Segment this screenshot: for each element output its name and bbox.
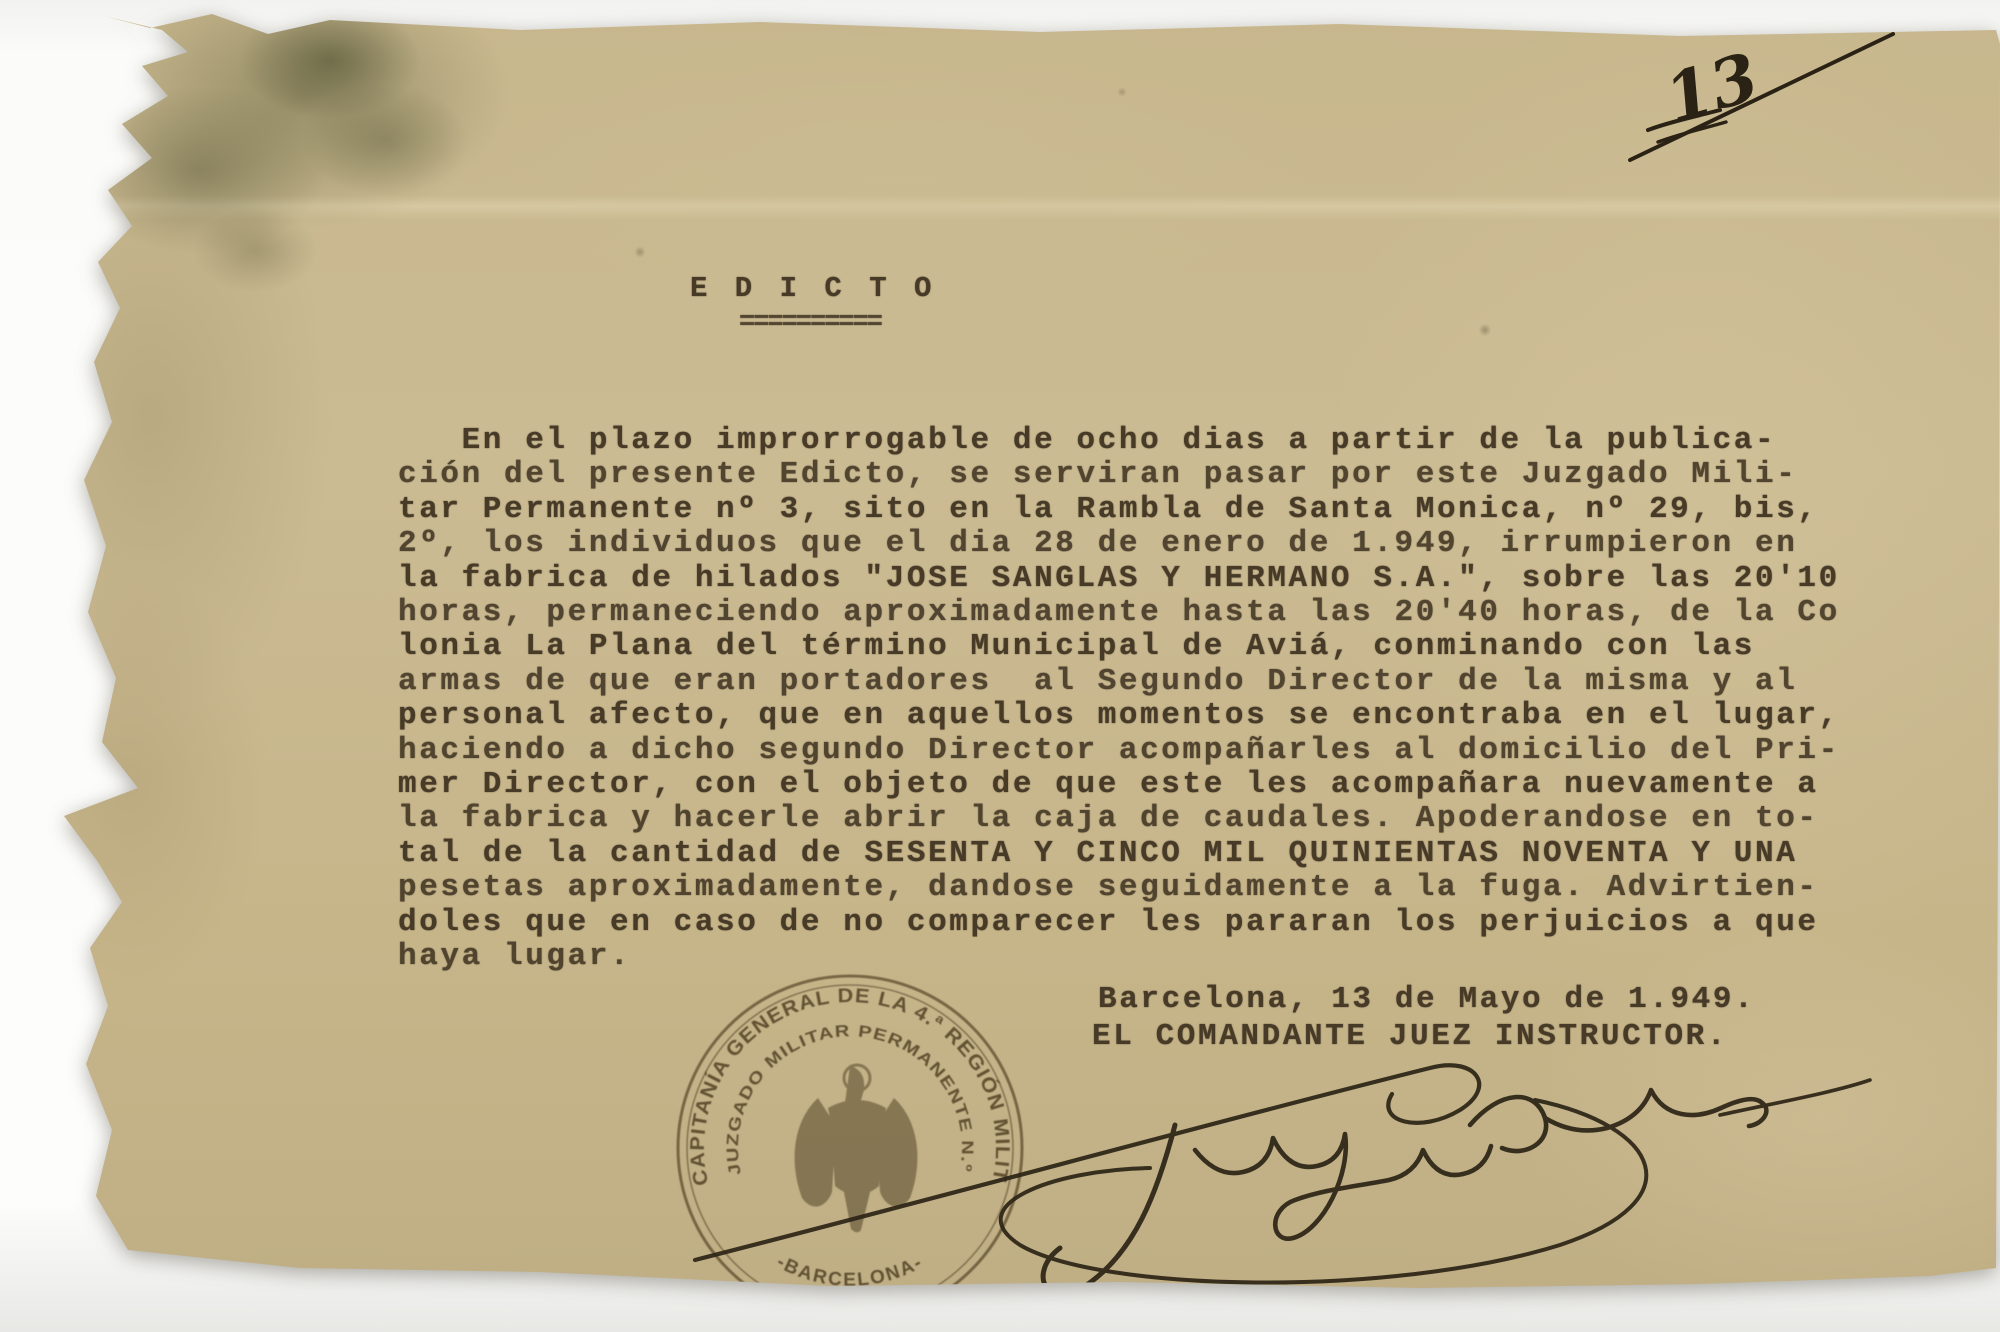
dateline: Barcelona, 13 de Mayo de 1.949. bbox=[1098, 982, 1755, 1017]
body-line: mer Director, con el objeto de que este … bbox=[398, 768, 1840, 802]
body-line: doles que en caso de no comparecer les p… bbox=[398, 906, 1840, 940]
page-number-text: 13 bbox=[1657, 38, 1767, 138]
body-line: personal afecto, que en aquellos momento… bbox=[398, 699, 1840, 733]
signature: Gregorio Gracia bbox=[630, 1030, 1930, 1330]
body-line: horas, permaneciendo aproximadamente has… bbox=[398, 596, 1840, 630]
body-line: tar Permanente nº 3, sito en la Rambla d… bbox=[398, 493, 1840, 527]
title-underline: ========== bbox=[690, 308, 930, 338]
body-line: En el plazo improrrogable de ocho dias a… bbox=[398, 424, 1840, 458]
body-line: la fabrica de hilados "JOSE SANGLAS Y HE… bbox=[398, 562, 1840, 596]
body-line: haya lugar. bbox=[398, 940, 1840, 974]
signature-stroke bbox=[1195, 1134, 1491, 1239]
scan-background: 13 E D I C T O ========== En el plazo im… bbox=[0, 0, 2000, 1332]
body-line: lonia La Plana del término Municipal de … bbox=[398, 630, 1840, 664]
body-line: haciendo a dicho segundo Director acompa… bbox=[398, 734, 1840, 768]
handwritten-page-number: 13 bbox=[1600, 10, 1920, 180]
signature-stroke bbox=[1470, 1097, 1546, 1151]
body-line: pesetas aproximadamente, dandose seguida… bbox=[398, 871, 1840, 905]
body-line: 2º, los individuos que el dia 28 de ener… bbox=[398, 527, 1840, 561]
signature-tail bbox=[1720, 1080, 1870, 1115]
body-line: tal de la cantidad de SESENTA Y CINCO MI… bbox=[398, 837, 1840, 871]
document-body: En el plazo improrrogable de ocho dias a… bbox=[398, 424, 1840, 975]
signature-stroke bbox=[695, 1065, 1479, 1260]
body-line: la fabrica y hacerle abrir la caja de ca… bbox=[398, 802, 1840, 836]
paper-shadow: 13 E D I C T O ========== En el plazo im… bbox=[0, 0, 2000, 1332]
document-title: E D I C T O bbox=[690, 272, 930, 305]
body-line: armas de que eran portadores al Segundo … bbox=[398, 665, 1840, 699]
body-line: ción del presente Edicto, se serviran pa… bbox=[398, 458, 1840, 492]
document-paper: 13 E D I C T O ========== En el plazo im… bbox=[0, 0, 2000, 1332]
